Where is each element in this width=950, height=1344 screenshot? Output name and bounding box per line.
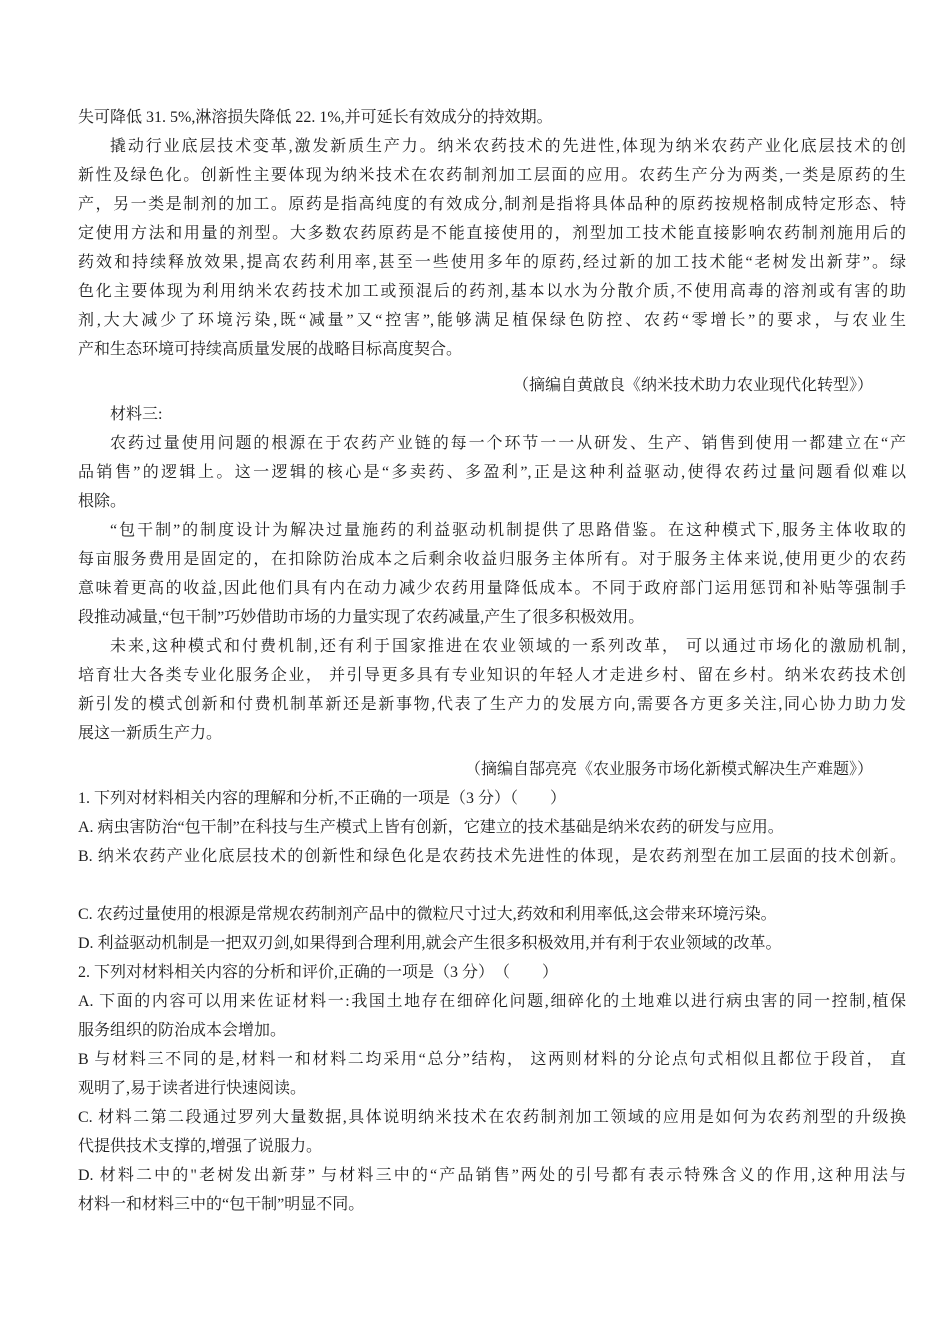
- text-line: B 与材料三不同的是,材料一和材料二均采用“总分”结构， 这两则材料的分论点句式…: [78, 1045, 906, 1074]
- text-line: 药效和持续释放效果,提高农药利用率,甚至一些使用多年的原药,经过新的加工技术能“…: [78, 248, 906, 277]
- text-line: 服务组织的防治成本会增加。: [78, 1016, 906, 1045]
- text-line: “包干制”的制度设计为解决过量施药的利益驱动机制提供了思路借鉴。在这种模式下,服…: [78, 516, 906, 545]
- blank-line: [78, 871, 906, 900]
- text-line: 色化主要体现为利用纳米农药技术加工或预混后的药剂,基本以水为分散介质,不使用高毒…: [78, 277, 906, 306]
- text-line: A. 病虫害防治“包干制”在科技与生产模式上皆有创新，它建立的技术基础是纳米农药…: [78, 813, 906, 842]
- text-line: 培育壮大各类专业化服务企业， 并引导更多具有专业知识的年轻人才走进乡村、留在乡村…: [78, 661, 906, 690]
- text-line: 新性及绿色化。创新性主要体现为纳米技术在农药制剂加工层面的应用。农药生产分为两类…: [78, 161, 906, 190]
- text-line: C. 农药过量使用的根源是常规农药制剂产品中的微粒尺寸过大,药效和利用率低,这会…: [78, 900, 906, 929]
- text-line: （摘编自黄啟良《纳米技术助力农业现代化转型》）: [78, 371, 906, 400]
- text-line: 段推动减量,“包干制”巧妙借助市场的力量实现了农药减量,产生了很多积极效用。: [78, 603, 906, 632]
- exam-page: 失可降低 31. 5%,淋溶损失降低 22. 1%,并可延长有效成分的持效期。撬…: [0, 0, 950, 1344]
- text-line: 根除。: [78, 487, 906, 516]
- text-line: 产和生态环境可持续高质量发展的战略目标高度契合。: [78, 335, 906, 364]
- text-line: 新引发的模式创新和付费机制革新还是新事物,代表了生产力的发展方向,需要各方更多关…: [78, 690, 906, 719]
- text-line: B. 纳米农药产业化底层技术的创新性和绿色化是农药技术先进性的体现，是农药剂型在…: [78, 842, 906, 871]
- text-line: D. 利益驱动机制是一把双刃剑,如果得到合理利用,就会产生很多积极效用,并有利于…: [78, 929, 906, 958]
- text-line: 材料三:: [78, 400, 906, 429]
- text-line: 剂,大大减少了环境污染,既“减量”又“控害”,能够满足植保绿色防控、农药“零增长…: [78, 306, 906, 335]
- text-line: 2. 下列对材料相关内容的分析和评价,正确的一项是（3 分） （ ）: [78, 958, 906, 987]
- text-line: 1. 下列对材料相关内容的理解和分析,不正确的一项是（3 分）（ ）: [78, 784, 906, 813]
- exam-text-block: 失可降低 31. 5%,淋溶损失降低 22. 1%,并可延长有效成分的持效期。撬…: [78, 103, 906, 1219]
- text-line: 每亩服务费用是固定的，在扣除防治成本之后剩余收益归服务主体所有。对于服务主体来说…: [78, 545, 906, 574]
- text-line: 材料一和材料三中的“包干制”明显不同。: [78, 1190, 906, 1219]
- text-line: 未来,这种模式和付费机制,还有利于国家推进在农业领域的一系列改革， 可以通过市场…: [78, 632, 906, 661]
- text-line: C. 材料二第二段通过罗列大量数据,具体说明纳米技术在农药制剂加工领域的应用是如…: [78, 1103, 906, 1132]
- text-line: 代提供技术支撑的,增强了说服力。: [78, 1132, 906, 1161]
- text-line: 观明了,易于读者进行快速阅读。: [78, 1074, 906, 1103]
- text-line: 失可降低 31. 5%,淋溶损失降低 22. 1%,并可延长有效成分的持效期。: [78, 103, 906, 132]
- text-line: 展这一新质生产力。: [78, 719, 906, 748]
- text-line: 农药过量使用问题的根源在于农药产业链的每一个环节一一从研发、生产、销售到使用一都…: [78, 429, 906, 458]
- text-line: 产，另一类是制剂的加工。原药是指高纯度的有效成分,制剂是指将具体品种的原药按规格…: [78, 190, 906, 219]
- text-line: 品销售”的逻辑上。这一逻辑的核心是“多卖药、多盈利”,正是这种利益驱动,使得农药…: [78, 458, 906, 487]
- text-line: （摘编自郜亮亮《农业服务市场化新模式解决生产难题》）: [78, 755, 906, 784]
- text-line: D. 材料二中的"老树发出新芽” 与材料三中的“产品销售”两处的引号都有表示特殊…: [78, 1161, 906, 1190]
- text-line: 定使用方法和用量的剂型。大多数农药原药是不能直接使用的，剂型加工技术能直接影响农…: [78, 219, 906, 248]
- text-line: 意味着更高的收益,因此他们具有内在动力减少农药用量降低成本。不同于政府部门运用惩…: [78, 574, 906, 603]
- text-line: A. 下面的内容可以用来佐证材料一:我国土地存在细碎化问题,细碎化的土地难以进行…: [78, 987, 906, 1016]
- text-line: 撬动行业底层技术变革,激发新质生产力。纳米农药技术的先进性,体现为纳米农药产业化…: [78, 132, 906, 161]
